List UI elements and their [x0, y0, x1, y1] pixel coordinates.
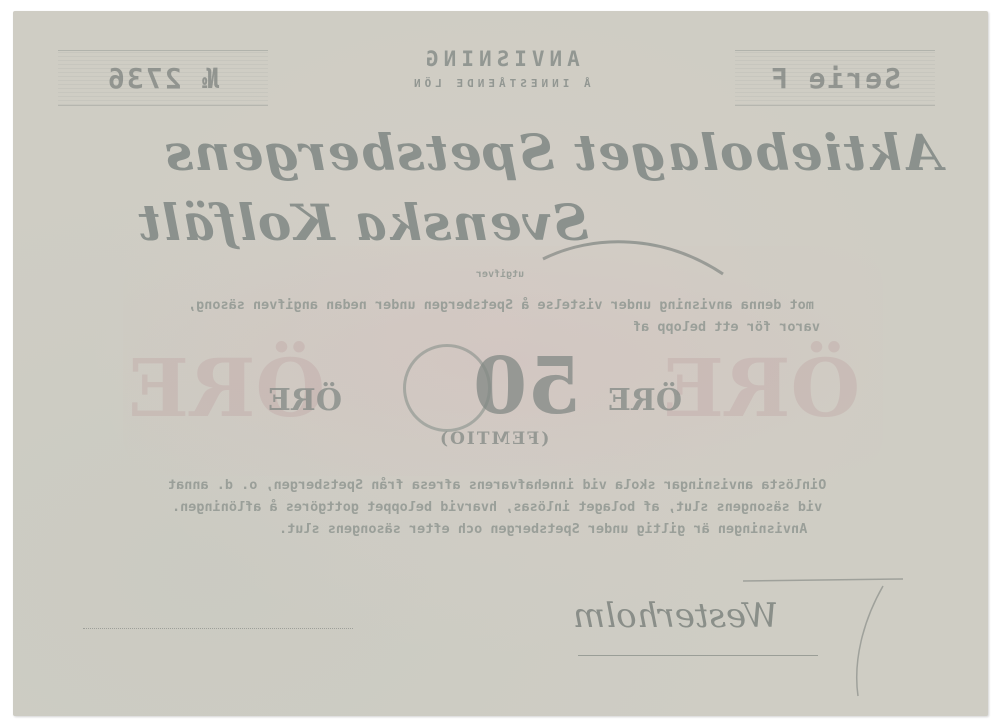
body-bottom-line-1: Oinlösta anvisningar skola vid innehafva…	[45, 477, 950, 493]
signature-line-left	[83, 628, 353, 629]
connector-text: utgifver	[13, 269, 988, 280]
subtitle: Å INNESTÅENDE LÖN	[13, 77, 988, 90]
denomination-unit-right: ÖRE	[608, 383, 682, 418]
denomination-words: (FEMTIO)	[438, 429, 549, 449]
denomination-value: 50	[473, 341, 582, 432]
body-top-line-2: varor för ett belopp af	[633, 319, 820, 335]
signature-flourish	[713, 571, 913, 701]
issuer-line-1: Aktiebolaget Spetsbergens	[153, 123, 953, 182]
denomination-unit-left: ÖRE	[268, 383, 342, 418]
signature-line-right	[578, 655, 818, 656]
watermark-ore-right: ÖRE	[663, 341, 860, 435]
body-top-line-1: mot denna anvisning under vistelse å Spe…	[51, 297, 951, 313]
body-bottom-line-3: Anvisningen är giltig under Spetsbergen …	[163, 521, 923, 537]
title-anvisning: ANVISNING	[13, 47, 988, 71]
body-bottom-line-2: vid säsongens slut, af bolaget inlösas, …	[35, 499, 960, 515]
banknote-reverse: № 2736 Serie F ANVISNING Å INNESTÅENDE L…	[13, 11, 988, 716]
